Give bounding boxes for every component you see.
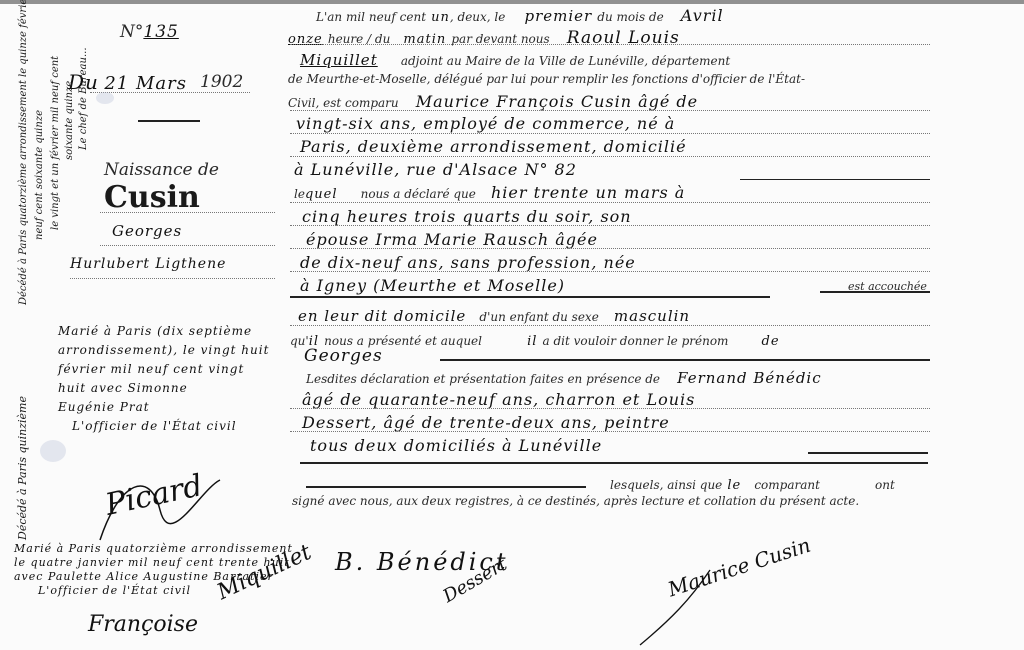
record-number: N°135	[120, 22, 179, 42]
scan-edge-line	[0, 0, 1024, 4]
date-underline	[90, 92, 250, 93]
body-line-17-prenom: Georges	[304, 346, 383, 366]
body-line-11: épouse Irma Marie Rausch âgée	[306, 230, 598, 249]
body-line-13: à Igney (Meurthe et Moselle)	[300, 276, 565, 295]
signature-flourish	[600, 560, 720, 650]
guide-line	[290, 248, 930, 249]
printed-text: le	[294, 187, 305, 201]
printed-text: deux, le	[458, 10, 506, 24]
hand-text: hier trente un mars à	[491, 183, 685, 202]
hand-text: Fernand Bénédic	[677, 369, 822, 387]
scan-speck	[40, 440, 66, 462]
scan-speck	[96, 92, 114, 104]
hand-text: quel	[305, 187, 338, 202]
hand-text: en leur dit domicile	[298, 307, 466, 325]
margin-marriage-note: Marié à Paris (dix septième arrondisseme…	[58, 322, 269, 436]
date-rule	[138, 120, 200, 122]
vertical-margin-note-4: soixante quinze	[64, 81, 75, 160]
signature-flourish	[90, 470, 230, 550]
guide-line	[290, 133, 930, 134]
number-value: 135	[143, 22, 178, 42]
guide-line	[290, 325, 930, 326]
body-line-5: Civil, est comparu Maurice François Cusi…	[288, 92, 698, 111]
printed-text: d'un enfant du sexe	[479, 310, 598, 324]
printed-text: nous a déclaré que	[361, 187, 476, 201]
body-line-6: vingt-six ans, employé de commerce, né à	[296, 114, 675, 133]
margin-note-line: arrondissement), le vingt huit	[58, 341, 269, 360]
printed-text: Lesdites déclaration et présentation fai…	[306, 372, 660, 386]
body-line-7: Paris, deuxième arrondissement, domicili…	[300, 137, 687, 156]
given-name-line	[100, 245, 275, 246]
printed-text: adjoint au Maire de la Ville de Lunévill…	[401, 54, 730, 68]
vertical-margin-note-bottom: Décédé à Paris quinzième	[16, 396, 29, 540]
printed-text: ont	[875, 478, 895, 492]
body-line-9: lequel nous a déclaré que hier trente un…	[294, 183, 685, 202]
vertical-margin-note-5: Le chef de Bureau...	[78, 48, 89, 151]
printed-text: Civil, est comparu	[288, 96, 399, 110]
body-line-3: Miquillet adjoint au Maire de la Ville d…	[300, 50, 730, 69]
number-label: N°	[120, 22, 143, 42]
record-year: 1902	[200, 72, 243, 92]
body-line-2: onze heure / du matin par devant nous Ra…	[288, 28, 680, 48]
date-handwritten: 21 Mars	[104, 73, 187, 94]
printed-text: L'an mil neuf cent	[316, 10, 426, 24]
hand-text: Miquillet	[300, 51, 378, 69]
scanned-birth-record: N°135 Du 21 Mars 1902 Décédé à Paris qua…	[0, 0, 1024, 650]
guide-line	[290, 202, 930, 203]
given-name-2: Hurlubert Ligthene	[70, 256, 226, 272]
hand-text: premier	[524, 7, 592, 25]
vertical-margin-note-1: Décédé à Paris quatorzième arrondissemen…	[18, 0, 29, 305]
guide-line	[290, 431, 930, 432]
margin-note-line: Marié à Paris (dix septième	[58, 322, 269, 341]
printed-text: a dit vouloir donner le prénom	[543, 334, 729, 348]
fill-rule	[808, 452, 928, 454]
hand-text: Raoul Louis	[567, 28, 680, 48]
guide-line	[290, 225, 930, 226]
hand-text: de	[762, 334, 780, 349]
body-line-14: est accouchée	[848, 280, 927, 293]
printed-text: comparant	[754, 478, 820, 492]
guide-line	[290, 271, 930, 272]
fill-rule	[740, 179, 930, 180]
hand-text: un	[431, 10, 450, 25]
given-name-2-line	[70, 278, 275, 279]
printed-text: lesquels, ainsi que	[610, 478, 722, 492]
hand-text: Maurice François Cusin âgé de	[416, 92, 698, 111]
body-line-22: lesquels, ainsi que le comparant ont	[610, 474, 895, 493]
body-line-19: âgé de quarante-neuf ans, charron et Lou…	[302, 390, 695, 409]
guide-line	[290, 408, 930, 409]
body-line-1: L'an mil neuf cent un, deux, le premier …	[316, 6, 724, 25]
body-line-18: Lesdites déclaration et présentation fai…	[306, 368, 822, 387]
hand-text: masculin	[614, 307, 690, 325]
fill-rule	[290, 296, 770, 298]
body-line-12: de dix-neuf ans, sans profession, née	[300, 253, 636, 272]
body-line-20: Dessert, âgé de trente-deux ans, peintre	[302, 413, 670, 432]
margin-note-line: huit avec Simonne	[58, 379, 269, 398]
given-name: Georges	[112, 222, 182, 240]
guide-line	[290, 156, 930, 157]
surname: Cusin	[104, 180, 200, 215]
body-line-15: en leur dit domicile d'un enfant du sexe…	[298, 306, 690, 325]
fill-rule	[306, 486, 586, 488]
title-naissance-de: Naissance de	[104, 160, 219, 180]
vertical-margin-note-2: neuf cent soixante quinze	[34, 110, 45, 240]
fill-rule	[300, 462, 928, 464]
signature-bottom: Françoise	[88, 612, 198, 637]
body-line-4: de Meurthe-et-Moselle, délégué par lui p…	[288, 72, 805, 86]
hand-text: Avril	[681, 6, 724, 25]
vertical-margin-note-3: le vingt et un février mil neuf cent	[50, 56, 61, 230]
hand-text: le	[727, 478, 741, 493]
hand-text: il	[527, 334, 537, 349]
margin-note-line: L'officier de l'État civil	[58, 417, 269, 436]
surname-line	[100, 212, 275, 213]
fill-rule	[440, 359, 930, 361]
guide-line	[290, 110, 930, 111]
guide-line	[290, 44, 930, 45]
printed-text: du mois de	[597, 10, 663, 24]
body-line-8: à Lunéville, rue d'Alsace N° 82	[294, 160, 577, 179]
body-line-21: tous deux domiciliés à Lunéville	[310, 436, 602, 455]
margin-note-line: février mil neuf cent vingt	[58, 360, 269, 379]
body-line-10: cinq heures trois quarts du soir, son	[302, 207, 632, 226]
margin-note-line: Eugénie Prat	[58, 398, 269, 417]
bottom-note-line: Marié à Paris quatorzième arrondissement	[14, 542, 293, 556]
body-line-23: signé avec nous, aux deux registres, à c…	[292, 494, 859, 508]
